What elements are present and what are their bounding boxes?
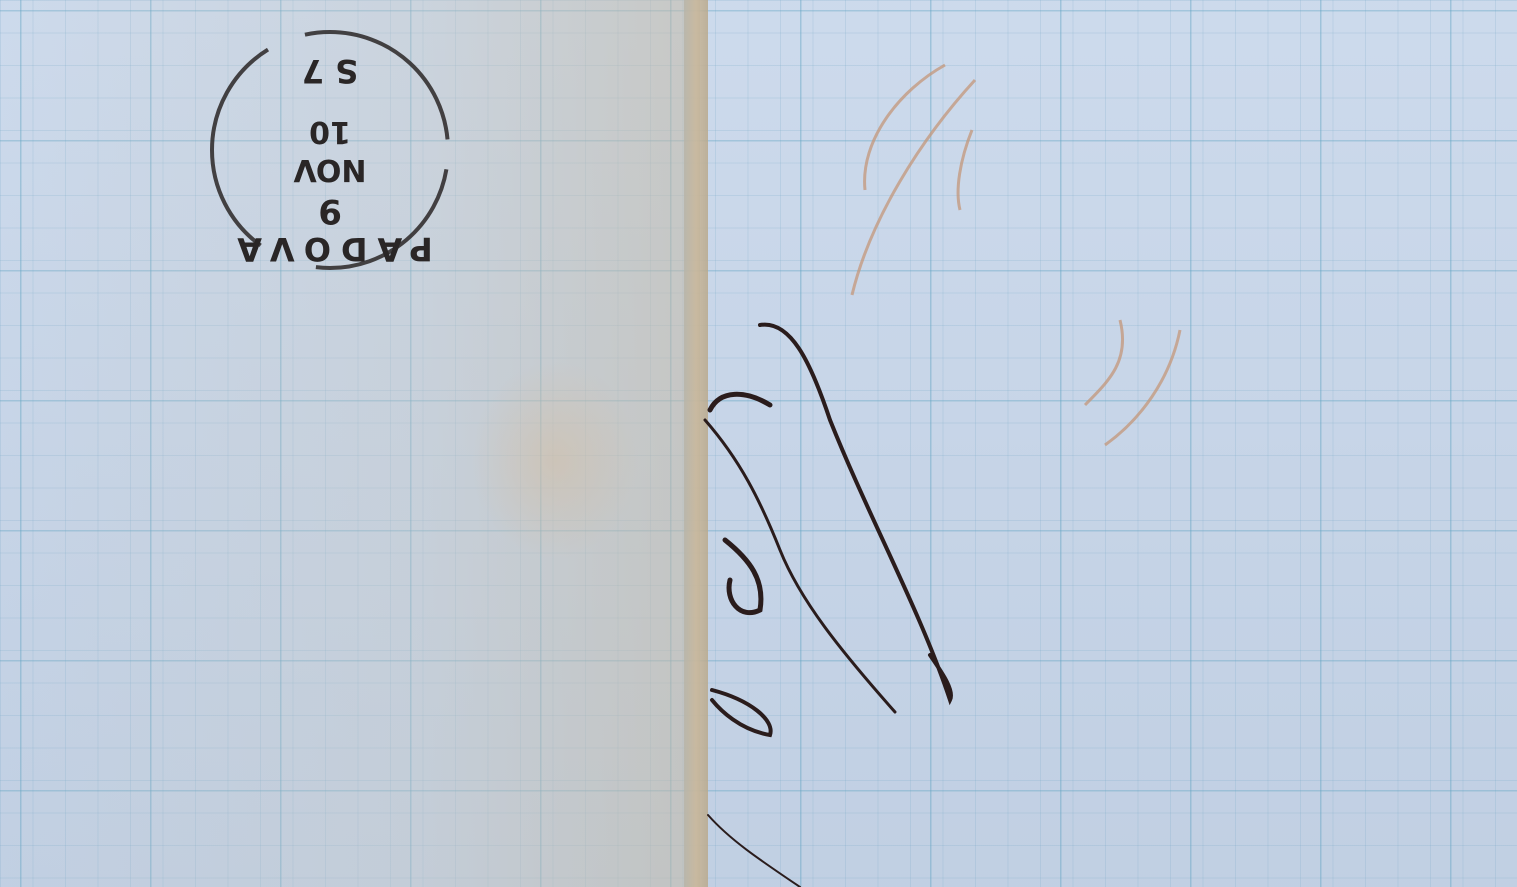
postmark-day: 9: [318, 191, 342, 231]
postmark-time: S 7: [302, 52, 358, 90]
postmark-year: 10: [309, 114, 351, 149]
postmark-month: NOV: [293, 152, 367, 187]
ink-layer: 9 NOV 10 S 7 PADOVA: [0, 0, 1517, 887]
postmark: 9 NOV 10 S 7 PADOVA: [212, 32, 448, 268]
postmark-town: PADOVA: [227, 230, 433, 268]
letter-scan: 9 NOV 10 S 7 PADOVA: [0, 0, 1517, 887]
faded-ink: [852, 65, 1180, 445]
handwriting: [705, 325, 951, 887]
